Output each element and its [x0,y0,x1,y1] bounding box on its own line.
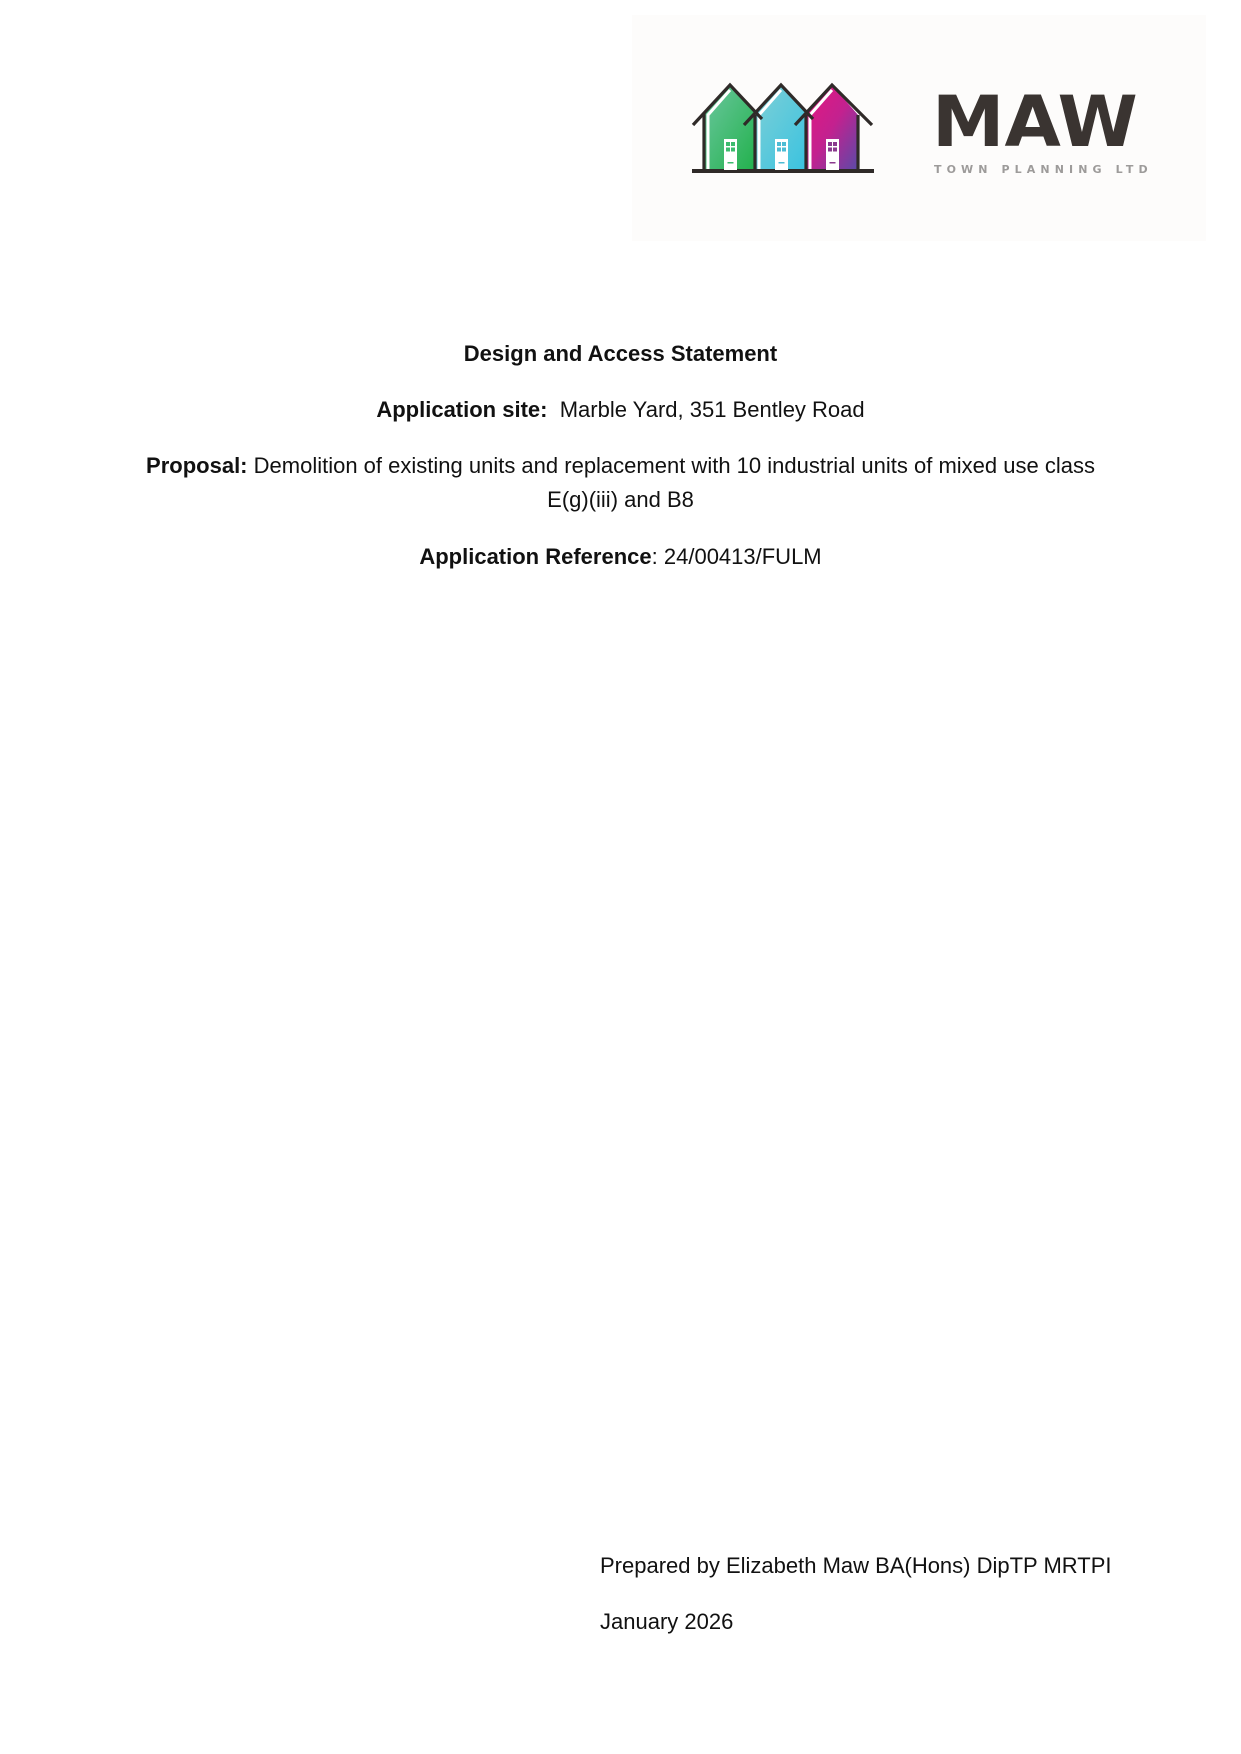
application-reference-value: 24/00413/FULM [664,544,822,569]
proposal: Proposal: Demolition of existing units a… [80,449,1161,517]
document-title: Design and Access Statement [80,337,1161,371]
company-logo: MAW TOWN PLANNING LTD [632,15,1206,241]
proposal-value-line1: Demolition of existing units and replace… [254,453,1095,478]
logo-subtitle: TOWN PLANNING LTD [934,163,1154,176]
application-reference-label: Application Reference [419,544,651,569]
houses-logo-icon [690,77,890,177]
application-site: Application site: Marble Yard, 351 Bentl… [80,393,1161,427]
prepared-by: Prepared by Elizabeth Maw BA(Hons) DipTP… [600,1551,1112,1581]
application-site-label: Application site: [376,397,547,422]
application-reference-separator: : [652,544,658,569]
proposal-value-line2: E(g)(iii) and B8 [547,487,694,512]
application-site-value: Marble Yard, 351 Bentley Road [560,397,865,422]
document-date: January 2026 [600,1607,733,1637]
logo-wordmark: MAW [932,91,1161,153]
proposal-label: Proposal: [146,453,247,478]
application-reference: Application Reference: 24/00413/FULM [80,540,1161,574]
